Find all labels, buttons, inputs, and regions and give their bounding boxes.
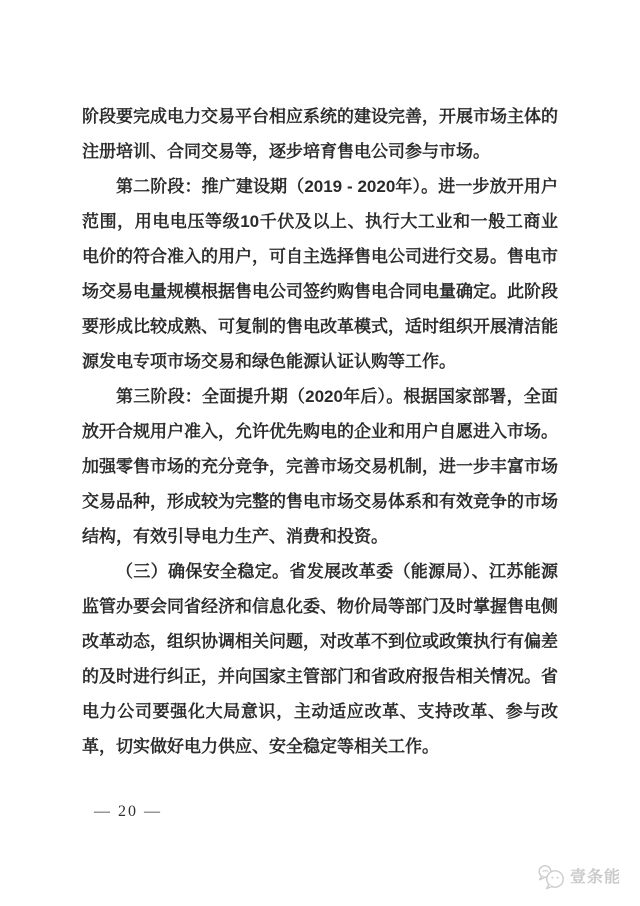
paragraph-stage-two: 第二阶段：推广建设期（2019 - 2020年）。进一步放开用户范围，用电电压等…	[82, 169, 558, 379]
chat-bubbles-icon	[536, 863, 566, 892]
document-body: 阶段要完成电力交易平台相应系统的建设完善，开展市场主体的注册培训、合同交易等，逐…	[82, 99, 558, 764]
paragraph-stage-three: 第三阶段：全面提升期（2020年后）。根据国家部署，全面放开合规用户准入，允许优…	[82, 379, 558, 554]
document-page: 阶段要完成电力交易平台相应系统的建设完善，开展市场主体的注册培训、合同交易等，逐…	[0, 0, 640, 906]
watermark: 壹条能	[536, 863, 621, 892]
watermark-label: 壹条能	[570, 870, 621, 886]
page-number: — 20 —	[94, 803, 162, 821]
paragraph-safety-stability: （三）确保安全稳定。省发展改革委（能源局）、江苏能源监管办要会同省经济和信息化委…	[82, 554, 558, 764]
paragraph-continuation: 阶段要完成电力交易平台相应系统的建设完善，开展市场主体的注册培训、合同交易等，逐…	[82, 99, 558, 169]
